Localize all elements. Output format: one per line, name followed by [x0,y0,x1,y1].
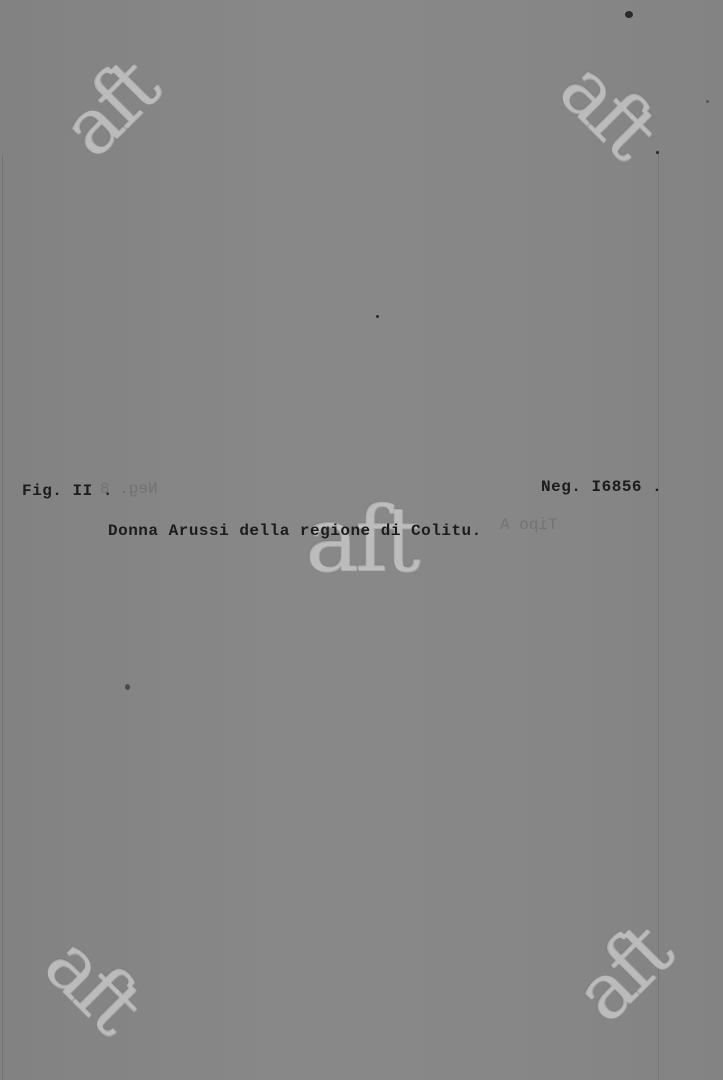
page-edge-line-left [2,155,3,1080]
watermark-top-left: aft [48,48,170,170]
page-edge-line-right [658,150,659,1080]
scanned-document-page: aft aft aft aft aft Neg. 8 Tipo A Fig. I… [0,0,723,1080]
dust-speck [706,100,709,103]
dust-speck [376,315,379,318]
dust-speck [125,684,130,690]
negative-number: Neg. I6856 . [541,478,662,496]
bleed-through-text: Tipo A [500,516,558,534]
caption: Donna Arussi della regione di Colitu. [108,522,482,540]
dust-speck [656,151,659,154]
watermark-top-right: aft [546,48,668,170]
watermark-bottom-left: aft [31,923,153,1045]
watermark-center: aft [305,495,416,585]
dust-speck [625,11,633,18]
figure-label: Fig. II . [22,482,113,500]
watermark-bottom-right: aft [561,913,683,1035]
